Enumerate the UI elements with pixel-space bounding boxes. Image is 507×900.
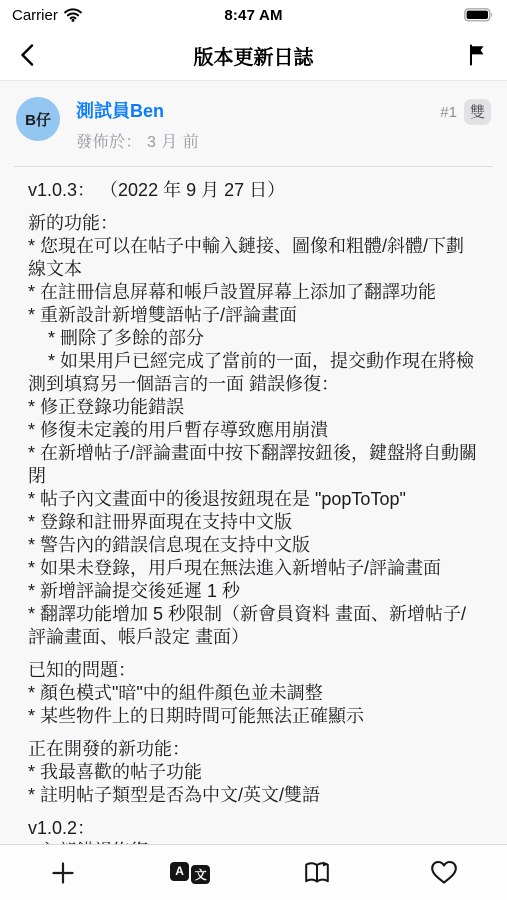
post-paragraph: 新的功能： * 您現在可以在帖子中輸入鏈接、圖像和粗體/斜體/下劃線文本 * 在… (28, 212, 479, 649)
changelog-book-button[interactable] (254, 845, 381, 900)
back-button[interactable] (16, 40, 38, 70)
posted-timestamp: 發佈於： 3 月 前 (76, 129, 440, 152)
app-screen: Carrier 8:47 AM (0, 0, 507, 900)
post-body: v1.0.3： （2022 年 9 月 27 日）新的功能： * 您現在可以在帖… (0, 167, 507, 844)
clock: 8:47 AM (224, 7, 282, 24)
report-flag-button[interactable] (463, 40, 491, 70)
battery-icon (464, 8, 495, 22)
post-paragraph: 已知的問題： * 顏色模式"暗"中的組件顏色並未調整 * 某些物件上的日期時間可… (28, 659, 479, 728)
post-paragraph: 正在開發的新功能： * 我最喜歡的帖子功能 * 註明帖子類型是否為中文/英文/雙… (28, 738, 479, 807)
flag-icon (467, 44, 487, 66)
language-badge: 雙 (464, 99, 491, 125)
post-number: #1 (440, 104, 457, 121)
heart-icon (430, 860, 458, 885)
avatar[interactable]: B仔 (16, 97, 60, 141)
post-header: B仔 測試員Ben 發佈於： 3 月 前 #1 雙 (0, 81, 507, 166)
bottom-toolbar: A 文 (0, 844, 507, 900)
translate-icon-letter-wen: 文 (191, 865, 210, 884)
chevron-left-icon (20, 44, 34, 66)
post-paragraph: v1.0.2： * 內部錯誤修復 (28, 817, 479, 844)
favorite-button[interactable] (380, 845, 507, 900)
post-scroll-area[interactable]: B仔 測試員Ben 發佈於： 3 月 前 #1 雙 v1.0.3： （2022 … (0, 81, 507, 844)
wifi-icon (64, 8, 82, 22)
translate-icon-letter-a: A (170, 862, 189, 881)
status-bar: Carrier 8:47 AM (0, 0, 507, 30)
author-name-link[interactable]: 測試員Ben (76, 97, 440, 123)
book-icon (302, 860, 332, 886)
translate-button[interactable]: A 文 (127, 845, 254, 900)
plus-icon (50, 860, 76, 886)
add-post-button[interactable] (0, 845, 127, 900)
post-paragraph: v1.0.3： （2022 年 9 月 27 日） (28, 179, 479, 202)
nav-bar: 版本更新日誌 (0, 30, 507, 81)
carrier-label: Carrier (12, 7, 58, 24)
translate-icon: A 文 (170, 862, 210, 884)
page-title: 版本更新日誌 (76, 41, 431, 70)
